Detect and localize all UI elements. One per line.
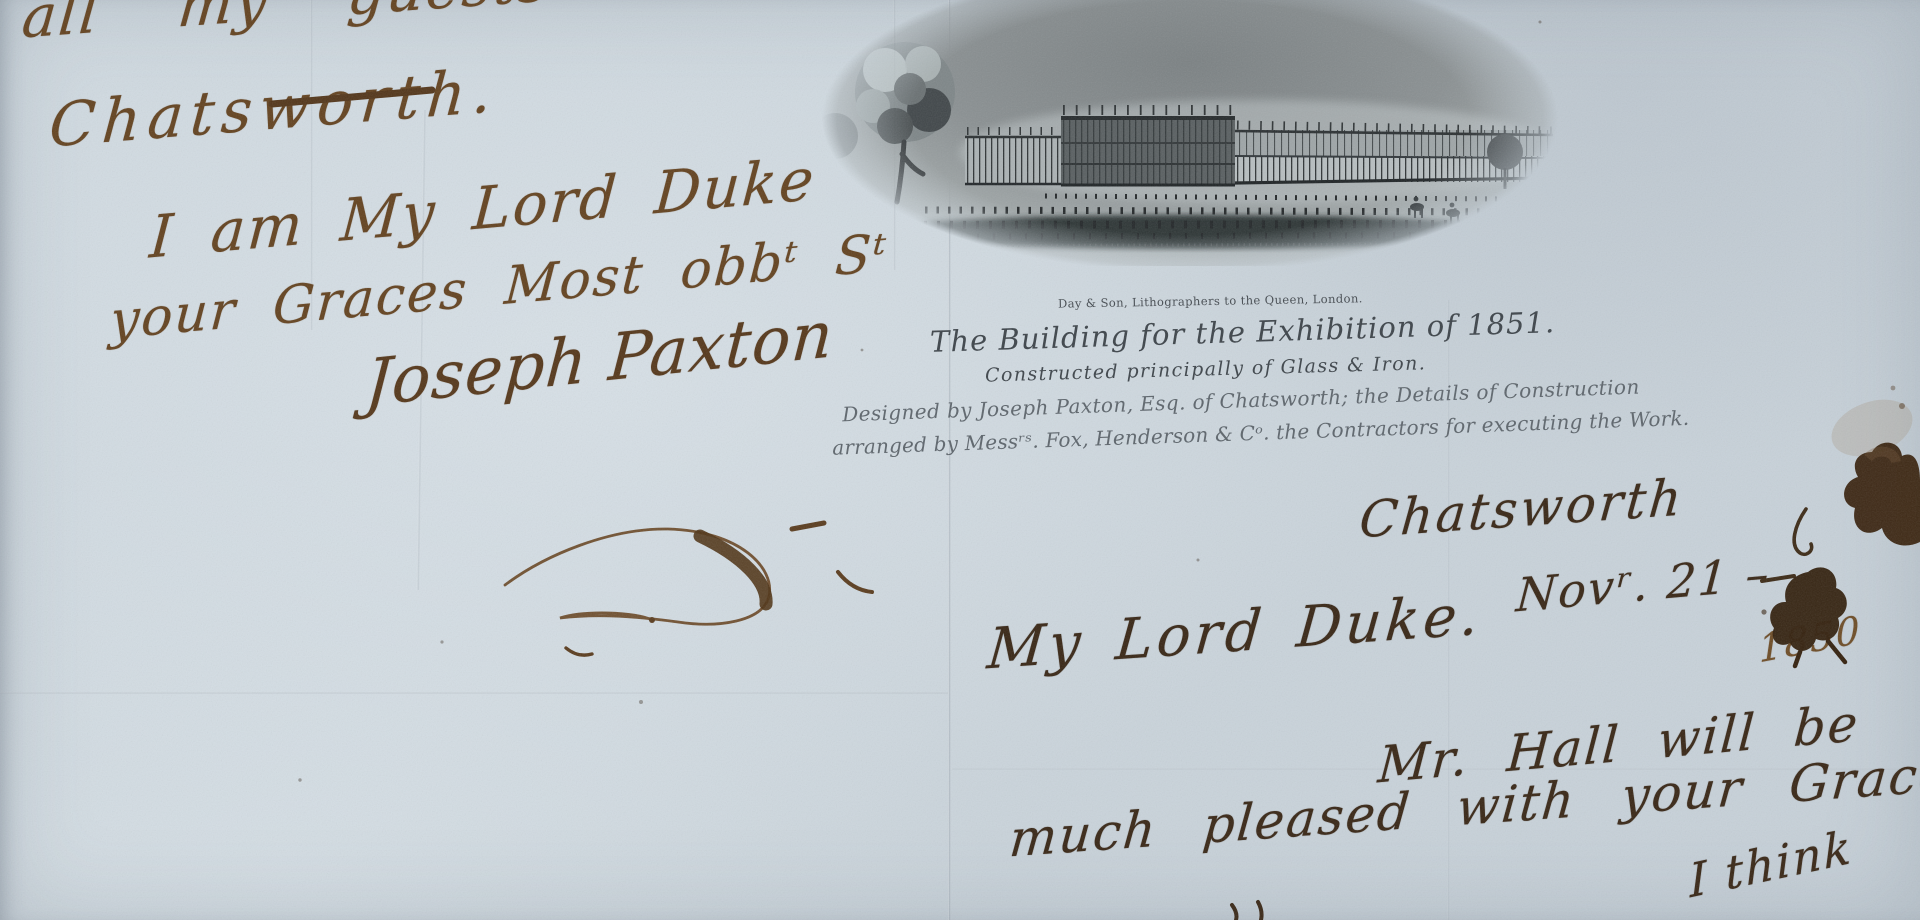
pen-comma-mark [838,572,872,592]
closing-line-1: all my guests at [20,0,694,46]
ink-blot-upper [1824,386,1920,546]
pen-dash-mark [792,523,824,529]
cutoff-stroke-tips [1232,902,1262,920]
fold-crease-horizontal-left [0,692,948,694]
letterhead-title: The Building for the Exhibition of 1851. [930,312,1431,357]
signature-flourish [505,529,770,655]
dateline-place: Chatsworth [1358,472,1687,545]
letterhead-subtitle: Constructed principally of Glass & Iron. [985,355,1385,385]
crystal-palace-engraving [805,0,1575,266]
dateline-date: Novʳ. 21 – [1515,550,1773,619]
pen-flick-mark [1794,509,1811,554]
lithographer-imprint: Day & Son, Lithographers to the Queen, L… [1058,291,1363,310]
closing-line-2: Chatsworth. [47,61,501,157]
salutation: My Lord Duke. [985,587,1485,678]
dateline-year: 1850 [1758,610,1862,668]
body-line-3: I think [1688,823,1854,904]
letter-scan: Day & Son, Lithographers to the Queen, L… [0,0,1920,920]
